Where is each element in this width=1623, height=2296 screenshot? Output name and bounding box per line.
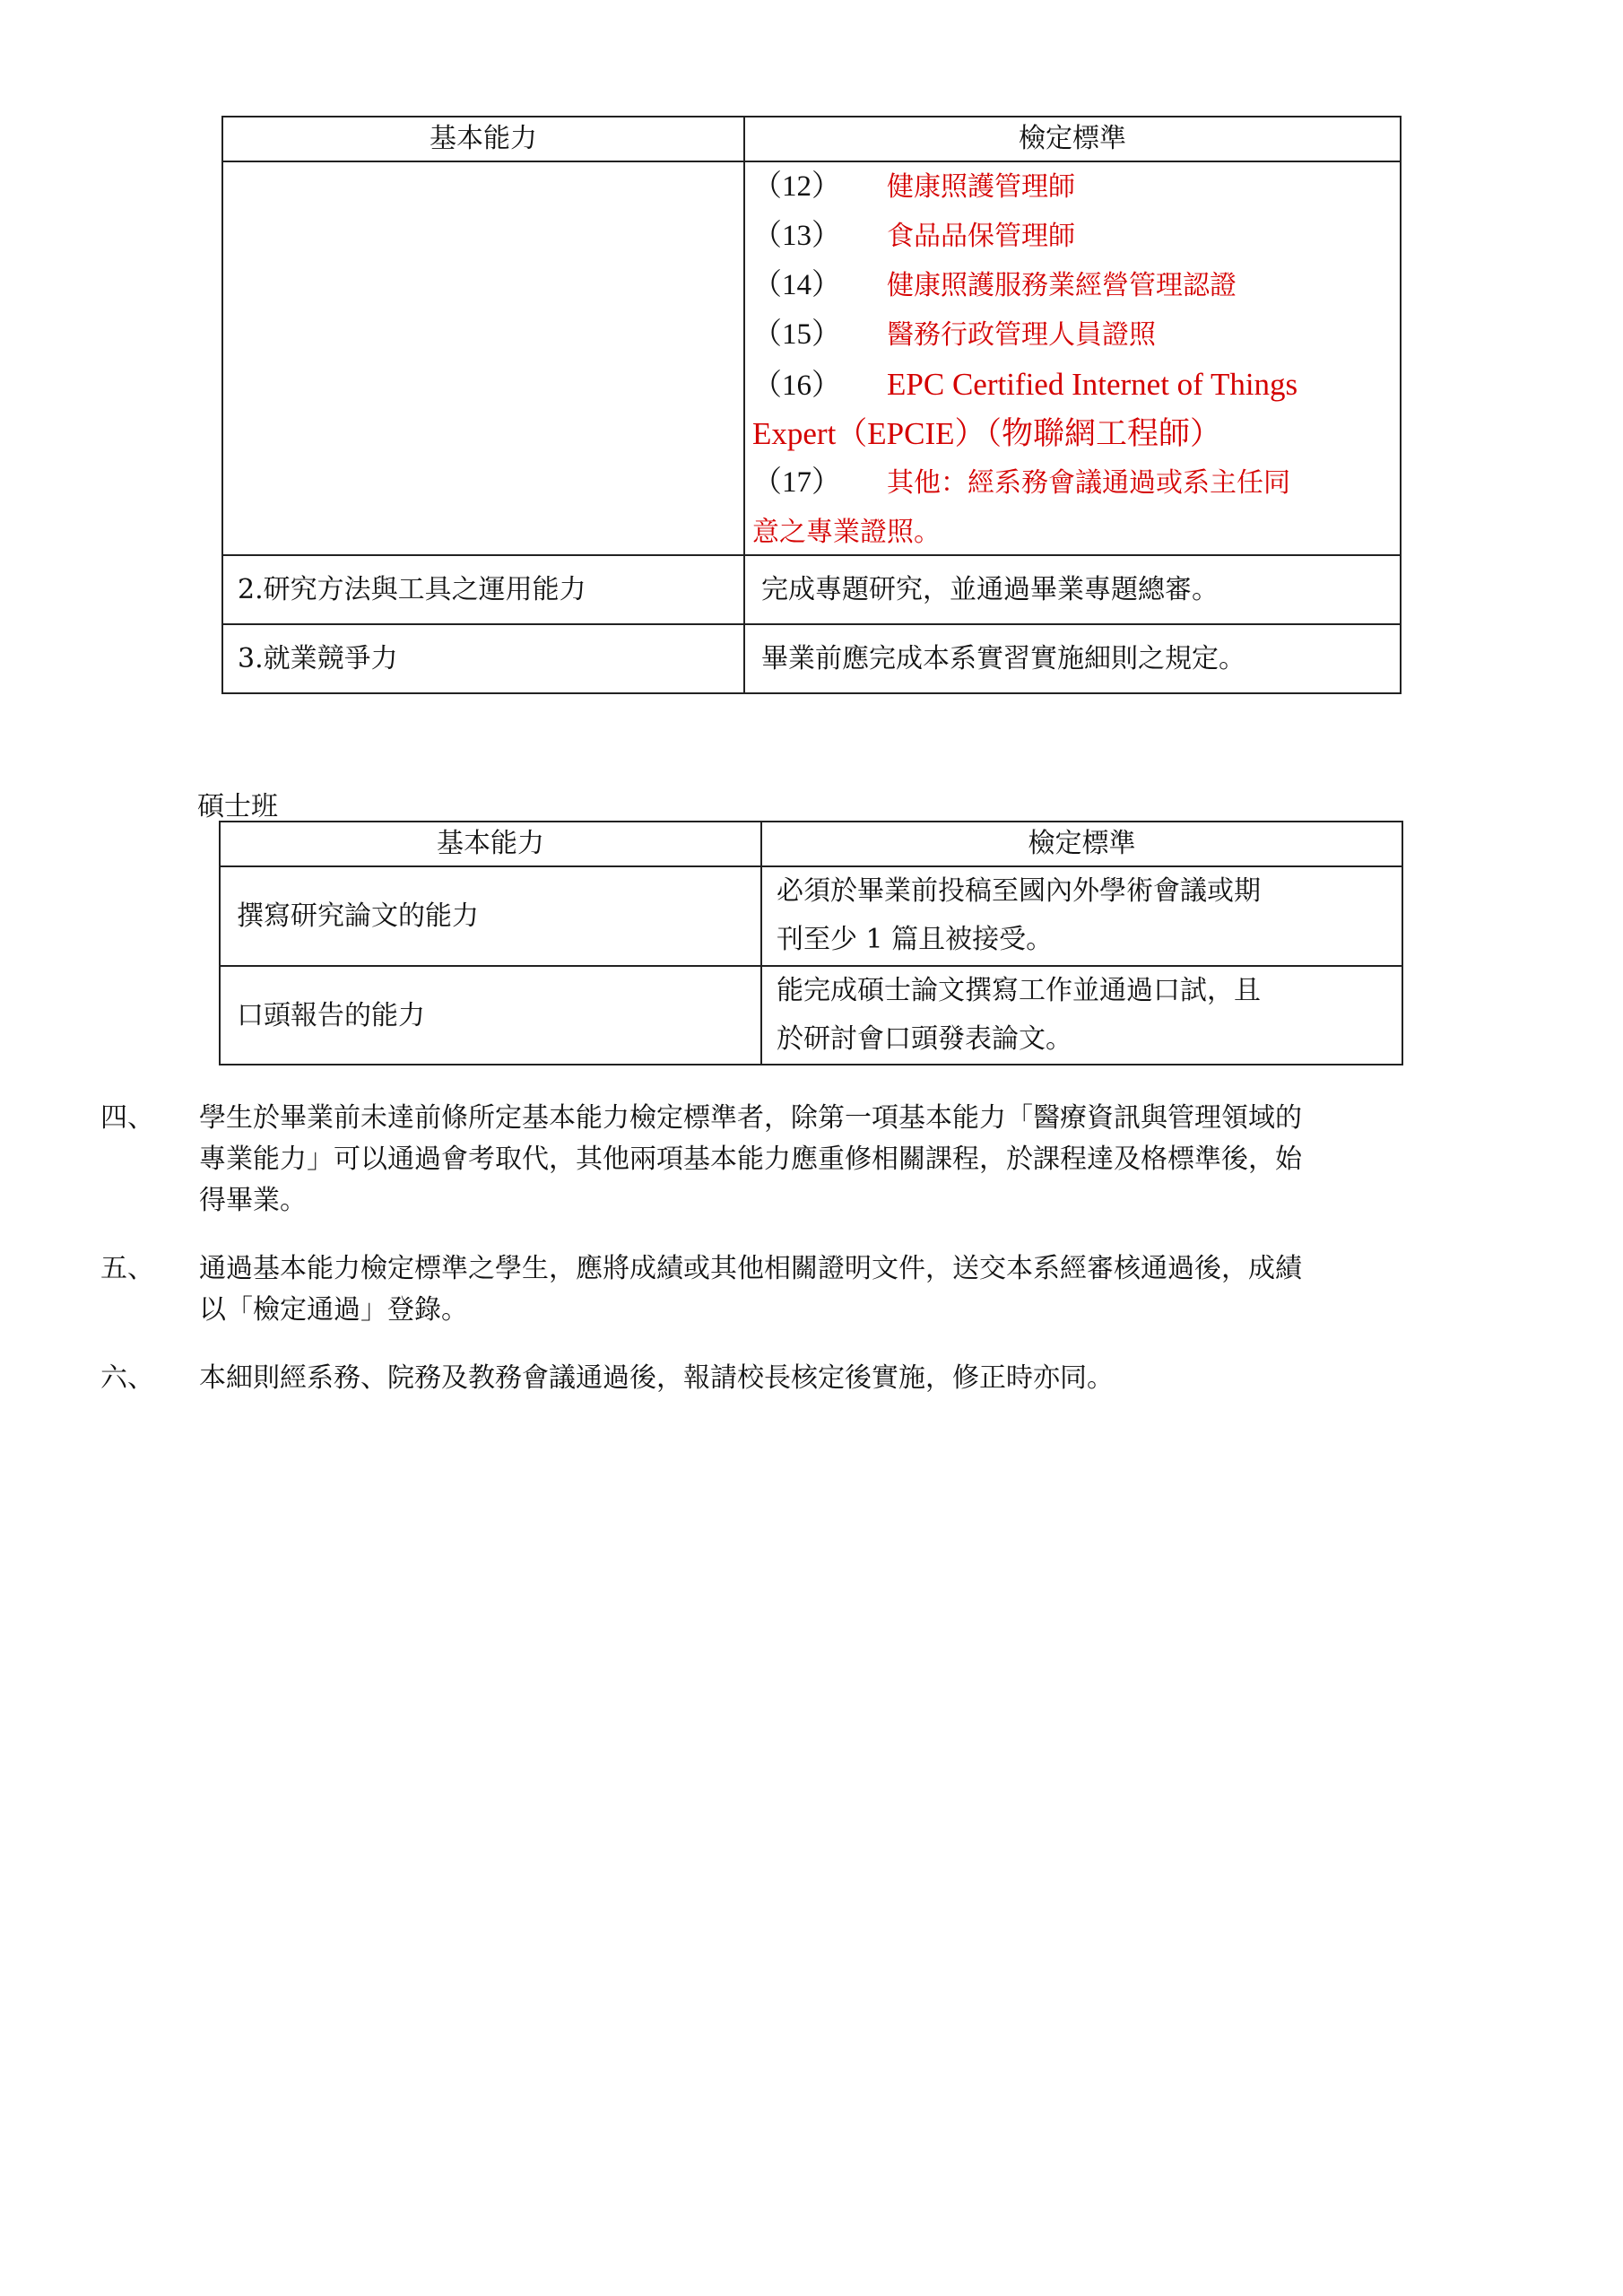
cert-item: （16）EPC Certified Internet of Things [752, 360, 1398, 409]
cert-item: （12）健康照護管理師 [752, 162, 1398, 212]
master-section-label: 碩士班 [197, 784, 278, 823]
article-line: 得畢業。 [199, 1180, 1535, 1222]
item-number: （16） [752, 361, 887, 411]
item-label: 其他：經系務會議通過或系主任同 [887, 467, 1290, 499]
item-number: （12） [752, 162, 887, 212]
column-divider [743, 117, 745, 692]
article-line: 專業能力」可以通過會考取代，其他兩項基本能力應重修相關課程，於課程達及格標準後，… [199, 1139, 1535, 1180]
article-line: 通過基本能力檢定標準之學生，應將成績或其他相關證明文件，送交本系經審核通過後，成… [199, 1248, 1535, 1290]
ability-oral-presentation: 口頭報告的能力 [237, 967, 757, 1065]
item-label-continued: 意之專業證照。 [752, 517, 941, 548]
item-number: （17） [752, 458, 887, 508]
article-mark: 六、 [100, 1358, 154, 1399]
article-mark: 四、 [100, 1098, 154, 1139]
standard-line: 能完成碩士論文撰寫工作並通過口試，且 [777, 967, 1395, 1015]
article-line: 學生於畢業前未達前條所定基本能力檢定標準者，除第一項基本能力「醫療資訊與管理領域… [199, 1098, 1535, 1139]
article-4: 四、 學生於畢業前未達前條所定基本能力檢定標準者，除第一項基本能力「醫療資訊與管… [100, 1098, 1535, 1222]
article-body: 學生於畢業前未達前條所定基本能力檢定標準者，除第一項基本能力「醫療資訊與管理領域… [199, 1098, 1535, 1222]
standard-research-methods: 完成專題研究，並通過畢業專題總審。 [761, 556, 1398, 623]
standard-line: 於研討會口頭發表論文。 [777, 1015, 1395, 1064]
cert-item: （13）食品品保管理師 [752, 212, 1398, 261]
standard-thesis-writing: 必須於畢業前投稿至國內外學術會議或期 刊至少 1 篇且被接受。 [777, 867, 1395, 965]
item-number: （15） [752, 310, 887, 360]
header-ability: 基本能力 [223, 117, 743, 161]
article-mark: 五、 [100, 1248, 154, 1290]
bachelor-ability-table: 基本能力 檢定標準 （12）健康照護管理師 （13）食品品保管理師 （14）健康… [221, 116, 1402, 694]
article-5: 五、 通過基本能力檢定標準之學生，應將成績或其他相關證明文件，送交本系經審核通過… [100, 1248, 1535, 1331]
standard-oral-presentation: 能完成碩士論文撰寫工作並通過口試，且 於研討會口頭發表論文。 [777, 967, 1395, 1065]
header-standard: 檢定標準 [760, 822, 1403, 865]
article-body: 本細則經系務、院務及教務會議通過後，報請校長核定後實施，修正時亦同。 [199, 1358, 1535, 1399]
cert-list: （12）健康照護管理師 （13）食品品保管理師 （14）健康照護服務業經營管理認… [752, 162, 1398, 553]
item-label: EPC Certified Internet of Things [887, 367, 1298, 402]
item-label: 健康照護服務業經營管理認證 [887, 270, 1237, 301]
cert-item-continued: 意之專業證照。 [752, 508, 1398, 557]
ability-research-methods: 2.研究方法與工具之運用能力 [238, 556, 740, 623]
item-number: （13） [752, 212, 887, 261]
item-label: 食品品保管理師 [887, 221, 1075, 252]
standard-line: 刊至少 1 篇且被接受。 [777, 916, 1395, 964]
standard-line: 必須於畢業前投稿至國內外學術會議或期 [777, 867, 1395, 916]
ability-thesis-writing: 撰寫研究論文的能力 [237, 867, 757, 965]
article-6: 六、 本細則經系務、院務及教務會議通過後，報請校長核定後實施，修正時亦同。 [100, 1358, 1535, 1399]
cert-item: （17）其他：經系務會議通過或系主任同 [752, 458, 1398, 508]
item-number: （14） [752, 261, 887, 310]
cert-item: （14）健康照護服務業經營管理認證 [752, 261, 1398, 310]
standard-employment: 畢業前應完成本系實習實施細則之規定。 [761, 625, 1398, 692]
header-ability: 基本能力 [221, 822, 760, 865]
item-label-continued: Expert（EPCIE）（物聯網工程師） [752, 416, 1221, 451]
header-standard: 檢定標準 [743, 117, 1402, 161]
item-label: 健康照護管理師 [887, 171, 1075, 203]
master-ability-table: 基本能力 檢定標準 撰寫研究論文的能力 必須於畢業前投稿至國內外學術會議或期 刊… [219, 821, 1403, 1065]
cert-item-continued: Expert（EPCIE）（物聯網工程師） [752, 409, 1398, 458]
article-body: 通過基本能力檢定標準之學生，應將成績或其他相關證明文件，送交本系經審核通過後，成… [199, 1248, 1535, 1331]
cert-item: （15）醫務行政管理人員證照 [752, 310, 1398, 360]
article-line: 本細則經系務、院務及教務會議通過後，報請校長核定後實施，修正時亦同。 [199, 1358, 1535, 1399]
item-label: 醫務行政管理人員證照 [887, 319, 1156, 351]
ability-employment: 3.就業競爭力 [238, 625, 740, 692]
article-line: 以「檢定通過」登錄。 [199, 1290, 1535, 1331]
